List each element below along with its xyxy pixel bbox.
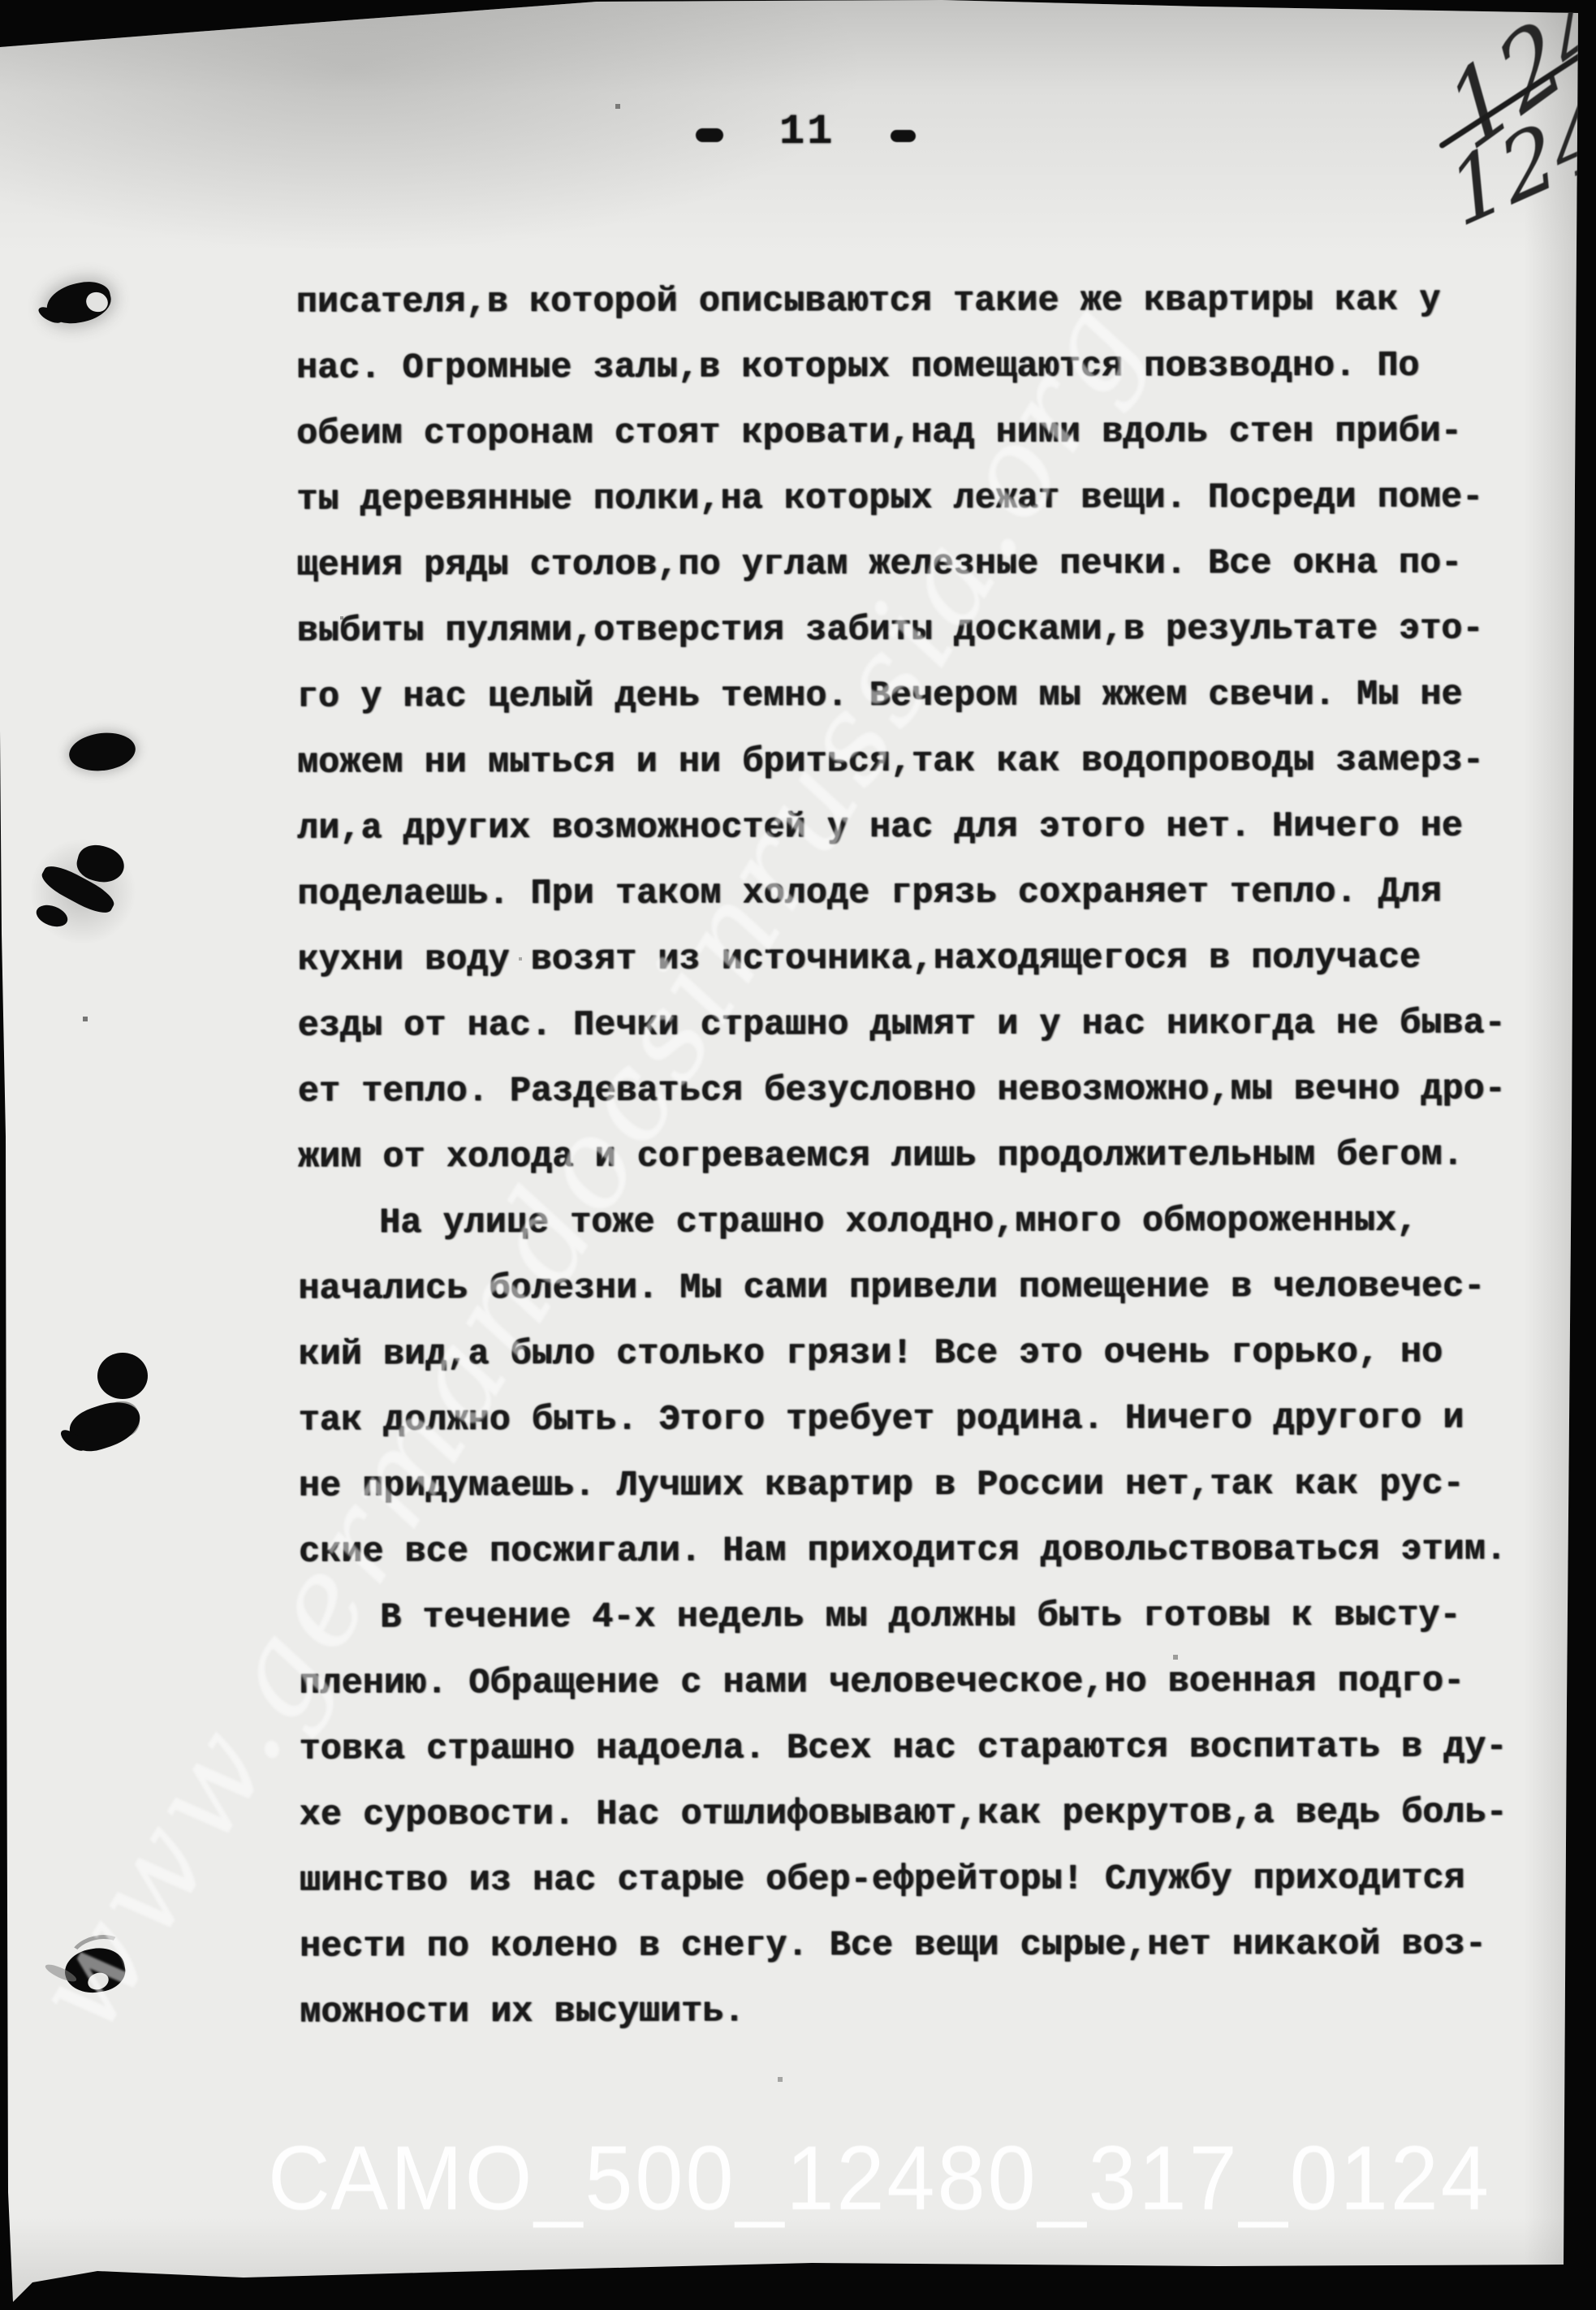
text-line: ет тепло. Раздеваться безусловно невозмо… — [298, 1056, 1569, 1125]
punch-hole-4 — [97, 1353, 148, 1399]
paper-specks — [0, 0, 2, 2]
header-dash-left-mark — [696, 128, 723, 142]
scanner-background: { "page": { "header": { "left_mark": "-"… — [0, 0, 1596, 2310]
text-line: В течение 4-х недель мы должны быть гото… — [299, 1582, 1570, 1651]
text-line: можности их высушить. — [300, 1977, 1571, 2045]
header-dash-right-mark — [891, 130, 916, 142]
text-line: нести по колено в снегу. Все вещи сырые,… — [300, 1911, 1571, 1980]
text-line: езды от нас. Печки страшно дымят и у нас… — [298, 991, 1569, 1059]
text-line: ские все посжигали. Нам приходится довол… — [299, 1517, 1570, 1585]
text-line: поделаешь. При таком холоде грязь сохран… — [297, 859, 1568, 927]
text-line: шинство из нас старые обер-ефрейторы! Сл… — [300, 1846, 1571, 1914]
text-line: нас. Огромные залы,в которых помещаются … — [296, 333, 1568, 401]
text-line: хе суровости. Нас отшлифовывают,как рекр… — [300, 1780, 1571, 1848]
punch-hole-2 — [67, 729, 138, 775]
page-number: 11 — [779, 108, 835, 156]
text-line: товка страшно надоела. Всех нас стараютс… — [299, 1714, 1570, 1782]
text-line: кухни воду возят из источника,находящего… — [297, 925, 1568, 993]
document-page: 11 124 124 писателя,в которой описываютс… — [0, 0, 1596, 2310]
text-line: писателя,в которой описываются такие же … — [296, 267, 1568, 335]
archive-reference-watermark: САМО_500_12480_317_0124 — [268, 2126, 1491, 2230]
text-line: ли,а других возможностей у нас для этого… — [297, 793, 1568, 861]
text-line: плению. Обращение с нами человеческое,но… — [299, 1648, 1570, 1716]
